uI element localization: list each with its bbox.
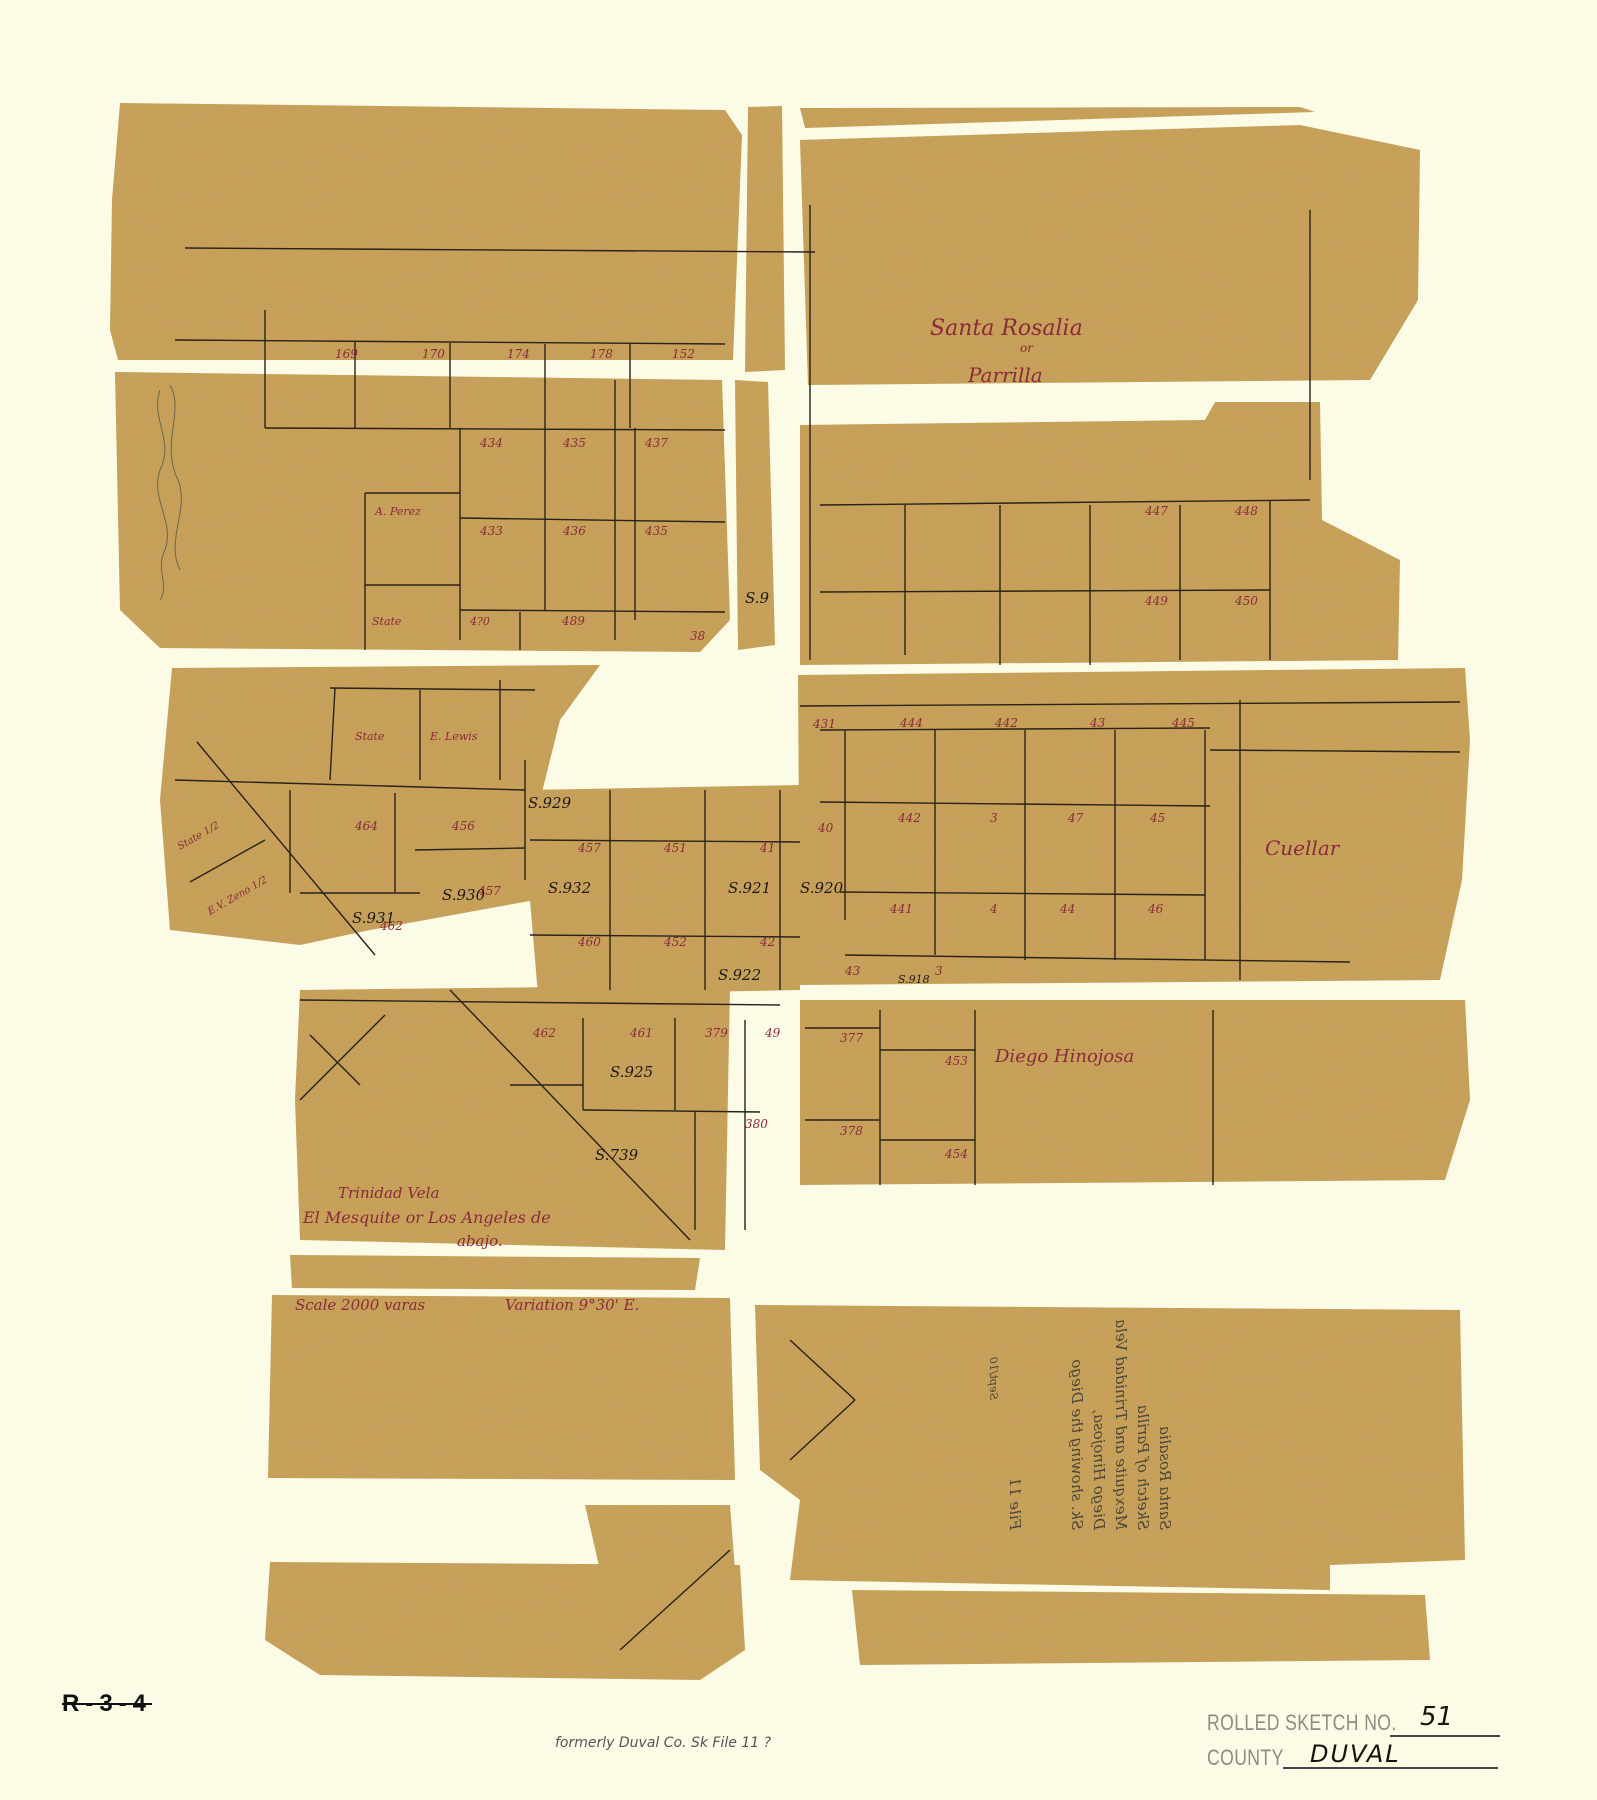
rolled-sketch-label: ROLLED SKETCH NO. <box>1207 1710 1397 1736</box>
fragment-top-strip <box>745 106 785 372</box>
svg-text:377: 377 <box>840 1031 863 1045</box>
svg-text:Mexquite and Trinidad Vela: Mexquite and Trinidad Vela <box>1112 1319 1130 1531</box>
svg-text:379: 379 <box>705 1026 728 1040</box>
footer-note: formerly Duval Co. Sk File 11 ? <box>555 1735 771 1751</box>
svg-text:152: 152 <box>672 347 695 361</box>
fragment-verso <box>755 1305 1465 1590</box>
svg-text:431: 431 <box>812 717 836 731</box>
svg-text:444: 444 <box>899 716 923 730</box>
svg-text:442: 442 <box>897 811 921 825</box>
svg-text:44: 44 <box>1059 902 1075 916</box>
svg-text:169: 169 <box>335 347 358 361</box>
svg-text:170: 170 <box>422 347 445 361</box>
svg-text:47: 47 <box>1067 811 1084 825</box>
svg-text:S.929: S.929 <box>528 794 572 812</box>
svg-text:S.930: S.930 <box>442 886 486 904</box>
fragment-bottom-right <box>800 1000 1470 1185</box>
fragment-top-right-strip <box>800 107 1315 128</box>
svg-text:378: 378 <box>840 1124 863 1138</box>
svg-text:Sketch of Parilla: Sketch of Parilla <box>1134 1405 1152 1530</box>
svg-text:449: 449 <box>1144 594 1168 608</box>
svg-text:454: 454 <box>944 1147 968 1161</box>
rolled-sketch-underline <box>1390 1735 1500 1737</box>
svg-text:456: 456 <box>451 819 475 833</box>
svg-text:450: 450 <box>1234 594 1258 608</box>
fragment-bottom-left-long <box>265 1562 745 1680</box>
svg-text:S.931: S.931 <box>352 909 395 927</box>
svg-text:Parrilla: Parrilla <box>967 363 1043 387</box>
svg-text:S.922: S.922 <box>718 966 761 984</box>
svg-text:489: 489 <box>561 614 585 628</box>
svg-text:435: 435 <box>562 436 586 450</box>
svg-text:abajo.: abajo. <box>457 1232 503 1250</box>
fragment-left-2 <box>115 372 730 652</box>
svg-text:38: 38 <box>690 629 706 643</box>
fragment-bottom-strip-left <box>585 1505 735 1570</box>
rolled-sketch-number: 51 <box>1420 1702 1453 1732</box>
fragment-top-left <box>110 103 742 360</box>
svg-text:S.739: S.739 <box>595 1146 639 1164</box>
svg-text:Variation 9°30' E.: Variation 9°30' E. <box>505 1296 639 1314</box>
svg-text:433: 433 <box>479 524 503 538</box>
svg-text:462: 462 <box>532 1026 556 1040</box>
svg-text:460: 460 <box>577 935 601 949</box>
svg-text:S.918: S.918 <box>898 973 930 986</box>
svg-text:Scale 2000 varas: Scale 2000 varas <box>295 1296 426 1314</box>
svg-text:Diego Hinojosa,: Diego Hinojosa, <box>1090 1409 1108 1531</box>
svg-text:S.925: S.925 <box>610 1063 653 1081</box>
county-name: DUVAL <box>1310 1740 1401 1768</box>
svg-text:461: 461 <box>629 1026 653 1040</box>
svg-text:178: 178 <box>590 347 613 361</box>
svg-text:452: 452 <box>663 935 687 949</box>
svg-text:S.920: S.920 <box>800 879 844 897</box>
county-underline <box>1283 1767 1498 1769</box>
fragment-lower-left <box>268 1295 735 1480</box>
svg-text:453: 453 <box>944 1054 968 1068</box>
svg-text:464: 464 <box>354 819 378 833</box>
svg-text:4?0: 4?0 <box>469 615 490 628</box>
svg-text:Cuellar: Cuellar <box>1265 836 1341 860</box>
svg-text:4: 4 <box>989 902 998 916</box>
svg-text:43: 43 <box>844 964 861 978</box>
svg-text:40: 40 <box>817 821 834 835</box>
fragment-left-strip <box>735 380 775 650</box>
svg-text:43: 43 <box>1089 716 1106 730</box>
fragment-right-mid <box>798 668 1470 985</box>
svg-text:436: 436 <box>562 524 586 538</box>
svg-text:E. Lewis: E. Lewis <box>429 730 478 743</box>
svg-text:El Mesquite or Los Angeles de: El Mesquite or Los Angeles de <box>302 1208 551 1227</box>
svg-text:3: 3 <box>990 811 998 825</box>
svg-text:S.932: S.932 <box>548 879 591 897</box>
svg-text:448: 448 <box>1234 504 1258 518</box>
svg-text:49: 49 <box>764 1026 781 1040</box>
svg-text:435: 435 <box>644 524 668 538</box>
svg-text:or: or <box>1020 341 1034 355</box>
svg-text:46: 46 <box>1147 902 1164 916</box>
svg-text:380: 380 <box>745 1117 768 1131</box>
paper-fragments <box>110 103 1470 1680</box>
svg-text:441: 441 <box>889 902 913 916</box>
svg-text:S.921: S.921 <box>728 879 771 897</box>
map-canvas: 169 170 174 178 152 434 435 437 433 436 … <box>0 0 1597 1800</box>
svg-text:442: 442 <box>994 716 1018 730</box>
svg-text:Sk. showing the Diego: Sk. showing the Diego <box>1068 1359 1086 1530</box>
svg-text:S.9: S.9 <box>745 589 770 607</box>
svg-text:State: State <box>355 730 385 743</box>
svg-text:Diego Hinojosa: Diego Hinojosa <box>994 1046 1134 1067</box>
svg-text:41: 41 <box>759 841 775 855</box>
svg-text:A. Perez: A. Perez <box>374 505 421 518</box>
fragment-santa-rosalia <box>800 125 1420 385</box>
fragment-scale-strip <box>290 1255 700 1290</box>
svg-text:File 11: File 11 <box>1006 1477 1024 1531</box>
svg-text:434: 434 <box>479 436 503 450</box>
svg-text:437: 437 <box>644 436 668 450</box>
svg-text:447: 447 <box>1144 504 1168 518</box>
svg-text:Santa Rosalia: Santa Rosalia <box>930 316 1083 341</box>
svg-text:45: 45 <box>1149 811 1165 825</box>
svg-text:451: 451 <box>663 841 687 855</box>
svg-text:Sept/10: Sept/10 <box>987 1357 1000 1400</box>
svg-text:457: 457 <box>577 841 601 855</box>
svg-text:Santa Rosalia: Santa Rosalia <box>1156 1426 1174 1530</box>
county-label: COUNTY <box>1207 1745 1284 1771</box>
svg-text:445: 445 <box>1171 716 1195 730</box>
svg-text:174: 174 <box>507 347 530 361</box>
svg-text:State: State <box>372 615 402 628</box>
svg-text:3: 3 <box>935 964 943 978</box>
svg-text:Trinidad Vela: Trinidad Vela <box>338 1184 439 1202</box>
catalog-code: R-3-4 <box>62 1690 152 1718</box>
svg-text:42: 42 <box>759 935 775 949</box>
fragment-bottom-right-long <box>852 1590 1430 1665</box>
